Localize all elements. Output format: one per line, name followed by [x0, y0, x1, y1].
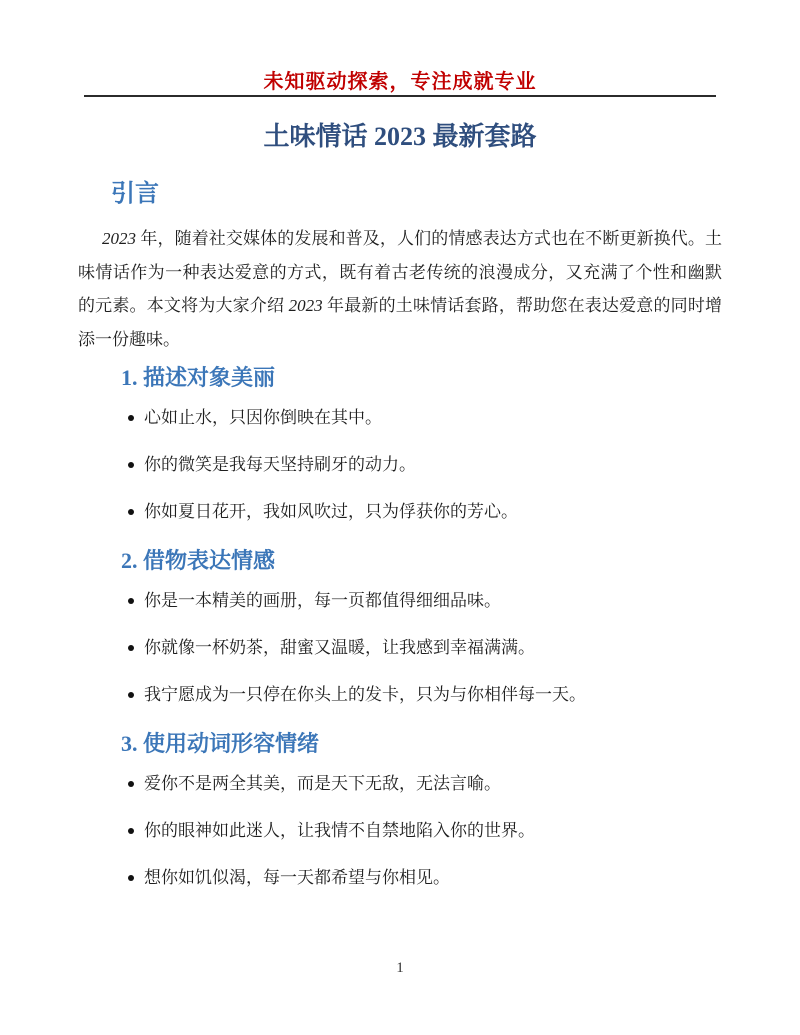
- intro-heading: 引言: [111, 179, 722, 209]
- list-item: 你就像一杯奶茶，甜蜜又温暖，让我感到幸福满满。: [78, 636, 722, 660]
- document-page: 未知驱动探索，专注成就专业 土味情话 2023 最新套路 引言 2023 年，随…: [0, 0, 800, 1035]
- page-number: 1: [0, 960, 800, 977]
- bullet-list-3: 爱你不是两全其美，而是天下无敌，无法言喻。 你的眼神如此迷人，让我情不自禁地陷入…: [78, 772, 722, 890]
- list-item: 你的微笑是我每天坚持刷牙的动力。: [78, 453, 722, 477]
- list-item: 我宁愿成为一只停在你头上的发卡，只为与你相伴每一天。: [78, 683, 722, 707]
- header-slogan: 未知驱动探索，专注成就专业: [78, 70, 722, 94]
- intro-paragraph: 2023 年，随着社交媒体的发展和普及，人们的情感表达方式也在不断更新换代。土味…: [78, 222, 722, 356]
- section-heading-3: 3. 使用动词形容情绪: [121, 730, 722, 758]
- bullet-list-2: 你是一本精美的画册，每一页都值得细细品味。 你就像一杯奶茶，甜蜜又温暖，让我感到…: [78, 589, 722, 707]
- list-item: 你是一本精美的画册，每一页都值得细细品味。: [78, 589, 722, 613]
- document-title: 土味情话 2023 最新套路: [78, 121, 722, 153]
- bullet-list-1: 心如止水，只因你倒映在其中。 你的微笑是我每天坚持刷牙的动力。 你如夏日花开，我…: [78, 406, 722, 524]
- list-item: 想你如饥似渴，每一天都希望与你相见。: [78, 866, 722, 890]
- header-rule: [84, 95, 716, 97]
- list-item: 爱你不是两全其美，而是天下无敌，无法言喻。: [78, 772, 722, 796]
- list-item: 心如止水，只因你倒映在其中。: [78, 406, 722, 430]
- list-item: 你的眼神如此迷人，让我情不自禁地陷入你的世界。: [78, 819, 722, 843]
- section-heading-1: 1. 描述对象美丽: [121, 364, 722, 392]
- section-heading-2: 2. 借物表达情感: [121, 547, 722, 575]
- list-item: 你如夏日花开，我如风吹过，只为俘获你的芳心。: [78, 500, 722, 524]
